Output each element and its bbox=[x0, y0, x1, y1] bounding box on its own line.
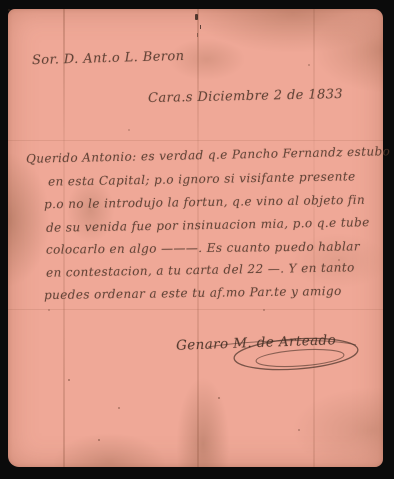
body-line: puedes ordenar a este tu af.mo Par.te y … bbox=[44, 284, 342, 302]
recipient-line: Sor. D. Ant.o L. Beron bbox=[32, 49, 185, 68]
body-line: en esta Capital; p.o ignoro si visifante… bbox=[48, 169, 356, 188]
fold-crease-left bbox=[63, 9, 65, 467]
fold-crease-center bbox=[197, 9, 199, 467]
body-line: de su venida fue por insinuacion mia, p.… bbox=[46, 215, 370, 235]
fold-crease-bottom bbox=[8, 309, 383, 310]
paper-specks bbox=[8, 9, 10, 11]
body-line: en contestacion, a tu carta del 22 —. Y … bbox=[46, 260, 355, 279]
scan-background: Sor. D. Ant.o L. Beron Cara.s Diciembre … bbox=[0, 0, 394, 479]
ink-blot bbox=[195, 14, 198, 20]
fold-crease-right bbox=[313, 9, 315, 467]
letter-paper: Sor. D. Ant.o L. Beron Cara.s Diciembre … bbox=[8, 9, 383, 467]
fold-crease-top bbox=[8, 140, 383, 141]
body-line: p.o no le introdujo la fortun, q.e vino … bbox=[44, 193, 365, 211]
body-line: Querido Antonio: es verdad q.e Pancho Fe… bbox=[26, 144, 390, 166]
